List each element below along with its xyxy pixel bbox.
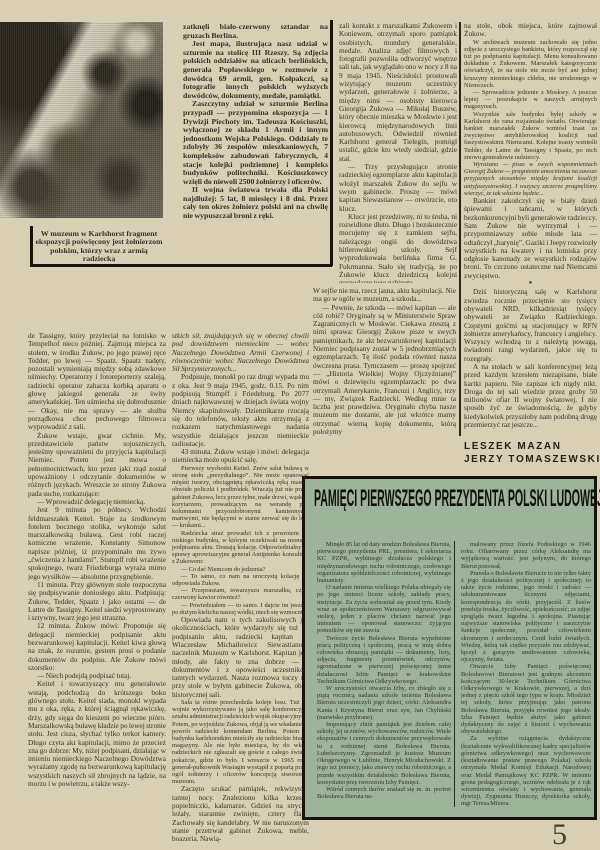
paragraph: Wszystkie sale budynku byłej szkoły w Ka… [464,111,597,161]
paragraph: Jest mapa, ilustrująca nasz udział w szt… [183,40,328,100]
paragraph: stkich sił, znajdujących się w obecnej c… [172,332,309,373]
paragraph: Podpisuje, monokl po raz drugi wypada mu… [172,373,309,448]
memorial-column-right: malowany przez Józefa Podoskiego w 1946 … [461,541,591,809]
paragraph: na stole, obok miejsca, które zajmował Ż… [464,22,597,39]
paragraph: — Sprowadźcie jedzenie z Moskwy. A jeszc… [464,89,597,111]
paragraph: Minęło 85 lat od daty urodzin Bolesława … [317,541,451,584]
paragraph: O nadanie imienia wielkiego Polaka ubieg… [317,584,451,634]
box-frame-right [330,20,333,266]
paragraph: Otwarcie Izby Pamięci poświęconej Bolesł… [461,663,591,735]
paragraph: — Przepraszam, towarzyszu marszałku, czy… [172,587,309,601]
paragraph: zali kontakt z marszałkami Żukowem i Kon… [339,22,457,163]
memorial-column-divider [454,541,455,807]
paragraph: 43 minuta. Żukow wstaje i mówi: delegacj… [172,448,309,465]
paragraph: Bankiet zakończył się w biały dzień śpie… [464,197,597,280]
paragraph: Prawda o Bolesławie Bierucie to nie tylk… [461,570,591,664]
paragraph: (Lor.) [461,808,591,809]
paragraph: W uroczystości otwarcia Izby, co zbiegło… [317,685,451,721]
paragraph: Zaczęto szukać pamiątek, rekwizytów tamt… [172,785,309,843]
box-frame-caption-left [30,226,33,266]
paragraph: Jest 9 minuta po północy. Wchodzi feldma… [28,506,166,581]
memorial-box: PAMIĘCI PIERWSZEGO PREZYDENTA POLSKI LUD… [302,476,597,820]
paragraph: Dziś historyczną salę w Karlshorst zwied… [464,288,597,363]
authors-byline: LESZEK MAZAN JERZY TOMASZEWSKI [464,440,597,466]
memorial-column-left: Minęło 85 lat od daty urodzin Bolesława … [317,541,451,809]
paragraph: — Powiedziałem — to samo. I dajcie im je… [172,602,309,616]
column-rule [459,22,461,436]
article-column-3-main: W sejfie nie ma, rzecz jasna, aktu kapit… [313,287,456,469]
page-number: 5 [552,818,567,850]
paragraph: Wśród cennych darów znalazł się m. in. p… [317,786,451,800]
paragraph: — Trzy przysługujące stronie radzieckiej… [339,163,457,213]
paragraph: Wyrażano — pisze w swych wspomnieniach G… [464,161,597,197]
paragraph: Radziecka straż prowadzi ich z powrotem … [172,530,309,566]
paragraph: II wojna światowa trwała dla Polski najd… [183,186,328,220]
paragraph: Klucz jest przedziwny, ni to śruba, ni r… [339,213,457,283]
paragraph: Imponujący zbiór pamiątek jest dziełem c… [317,721,451,786]
paragraph: Opowiada nam o tych zakulisowych już oko… [172,616,309,699]
paragraph: Sala ta różne przechodziła koleje losu. … [172,699,309,785]
author-name: JERZY TOMASZEWSKI [464,453,597,466]
photo-caption: W muzeum w Karlshorst fragment ekspozycj… [35,230,163,262]
paragraph: — Pewnie, że szkoda — mówi kapitan — ale… [313,304,456,437]
halftone-texture [0,22,163,218]
paragraph: Za wybitne osiągnięcia dydaktyczne (kszt… [461,735,591,807]
paragraph: Twórcze życie Bolesława Bieruta wypełnio… [317,635,451,685]
memorial-title: PAMIĘCI PIERWSZEGO PREZYDENTA POLSKI LUD… [314,487,499,514]
paragraph: 11 minuta. Przy głównym stole rozpoczyna… [28,581,166,622]
paragraph: W sejfie nie ma, rzecz jasna, aktu kapit… [313,287,456,304]
paragraph: Zaszczytny udział w szturmie Berlina prz… [183,100,328,186]
article-column-2: stkich sił, znajdujących się w obecnej c… [172,332,309,848]
paragraph: de Tassigny, który przyleciał na lotnisk… [28,332,166,432]
paragraph: — Co dać Niemcom do jedzenia? [172,566,309,573]
newspaper-page: W muzeum w Karlshorst fragment ekspozycj… [0,0,600,850]
article-column-4: na stole, obok miejsca, które zajmował Ż… [464,22,597,436]
article-column-3-top: zali kontakt z marszałkami Żukowem i Kon… [339,22,457,283]
author-name: LESZEK MAZAN [464,440,597,453]
paragraph: Żukow wstaje, gwar cichnie. My, przedsta… [28,432,166,498]
paragraph: 12 minuta. Żukow mówi: Proponuje się del… [28,622,166,672]
exhibit-photo [0,22,163,218]
paragraph: Keitel i towarzyszący mu generałowie wst… [28,680,166,788]
paragraph: A na stołach w sali konferencyjnej leżą … [464,363,597,429]
lead-bold-column: zatknęli biało-czerwony sztandar na gruz… [183,23,328,263]
paragraph: malowany przez Józefa Podoskiego w 1946 … [461,541,591,570]
article-column-1: de Tassigny, który przyleciał na lotnisk… [28,332,166,848]
paragraph: — To samo, co nam na uroczystą kolację —… [172,573,309,587]
box-frame-bottom [30,264,332,267]
paragraph: zatknęli biało-czerwony sztandar na gruz… [183,23,328,40]
paragraph: Pierwszy wychodzi Keitel. Znów salut buł… [172,465,309,530]
paragraph: W archiwach muzeum zachowało się jedno z… [464,39,597,89]
